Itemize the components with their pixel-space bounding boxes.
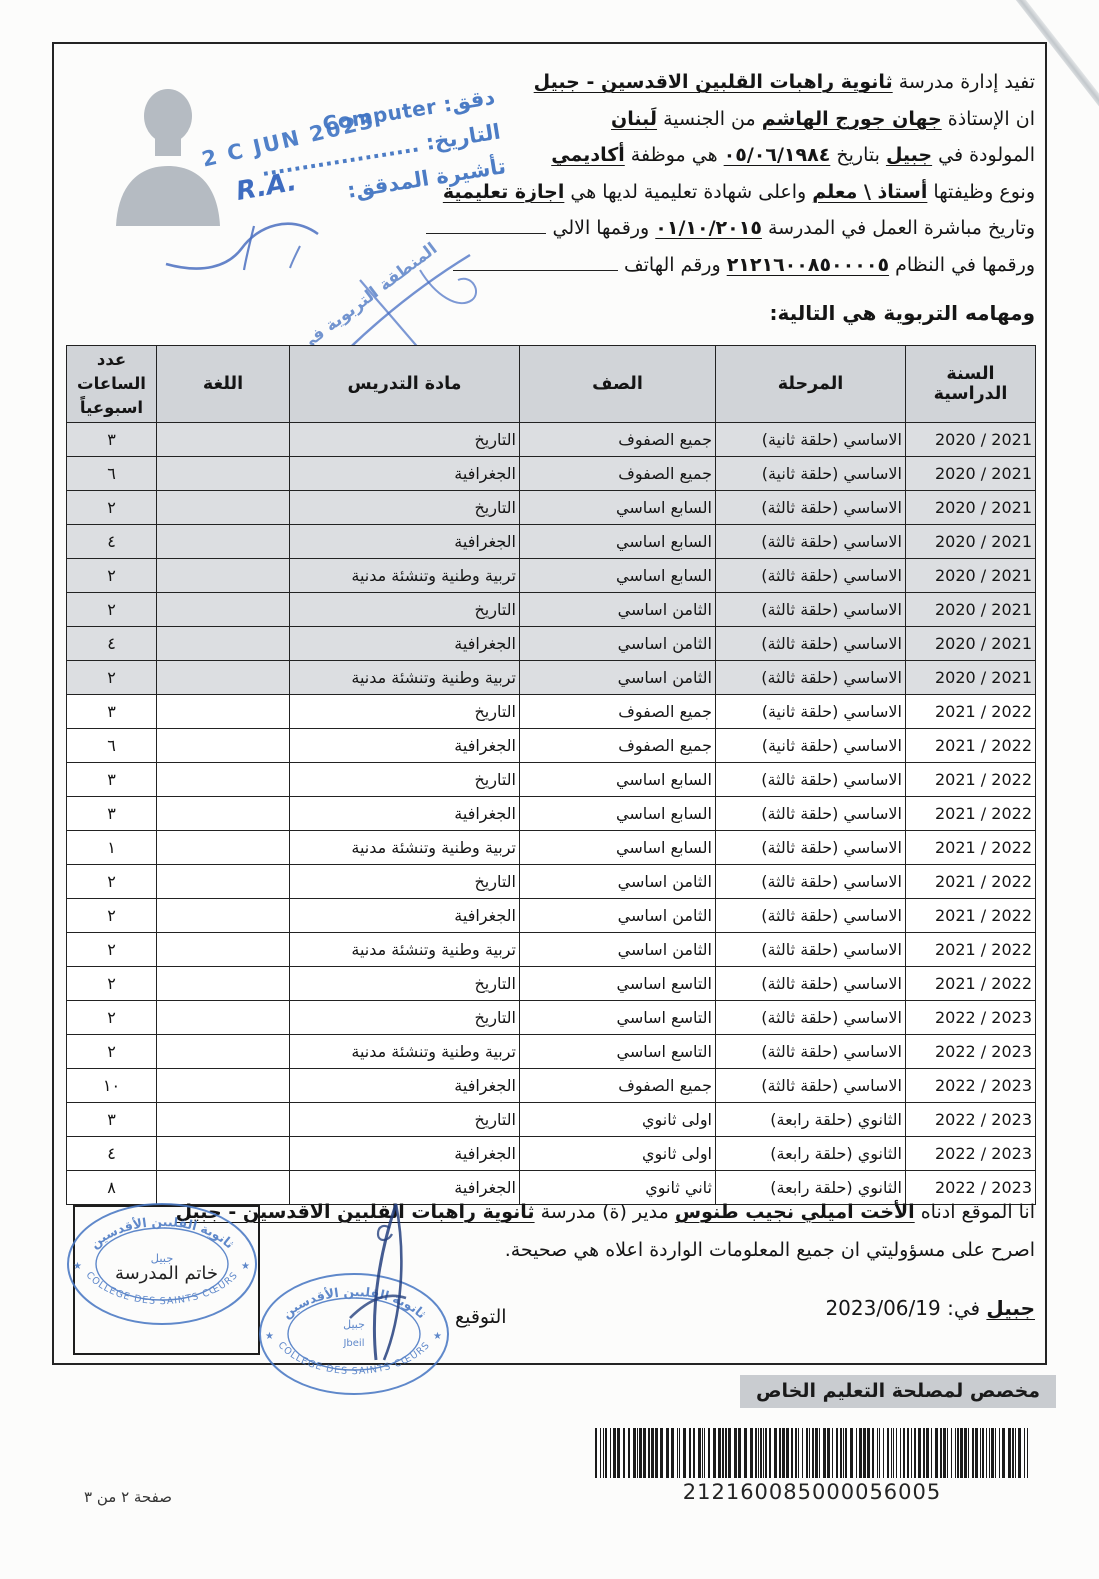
- header-hours: عدد الساعات اسبوعياً: [67, 346, 157, 423]
- cell-grade: السابع اساسي: [520, 797, 716, 831]
- cell-language: [157, 1137, 290, 1171]
- stamp-city-arabic: جبيل: [151, 1251, 174, 1265]
- cell-subject: التاريخ: [290, 491, 520, 525]
- table-row: 2020 / 2021الاساسي (حلقة ثالثة)السابع اس…: [67, 559, 1036, 593]
- cell-year: 2021 / 2022: [906, 933, 1036, 967]
- cell-grade: الثامن اساسي: [520, 627, 716, 661]
- cell-subject: الجغرافية: [290, 1137, 520, 1171]
- text-segment: أستاذ \ معلم: [812, 181, 927, 203]
- cell-grade: الثامن اساسي: [520, 899, 716, 933]
- cell-grade: التاسع اساسي: [520, 967, 716, 1001]
- cell-year: 2022 / 2023: [906, 1137, 1036, 1171]
- cell-subject: الجغرافية: [290, 457, 520, 491]
- stamp-star-right: ★: [241, 1261, 250, 1272]
- cell-subject: الجغرافية: [290, 797, 520, 831]
- mission-title: ومهامه التربوية هي التالية:: [769, 301, 1035, 325]
- cell-hours: ٢: [67, 559, 157, 593]
- header-language: اللغة: [157, 346, 290, 423]
- cell-grade: السابع اساسي: [520, 525, 716, 559]
- cell-hours: ٢: [67, 933, 157, 967]
- cell-language: [157, 661, 290, 695]
- cell-year: 2022 / 2023: [906, 1069, 1036, 1103]
- cell-hours: ٤: [67, 627, 157, 661]
- table-row: 2021 / 2022الاساسي (حلقة ثانية)جميع الصف…: [67, 695, 1036, 729]
- cell-stage: الاساسي (حلقة ثالثة): [716, 525, 906, 559]
- cell-grade: التاسع اساسي: [520, 1001, 716, 1035]
- cell-stage: الاساسي (حلقة ثالثة): [716, 933, 906, 967]
- table-row: 2020 / 2021الاساسي (حلقة ثانية)جميع الصف…: [67, 457, 1036, 491]
- cell-stage: الثانوي (حلقة رابعة): [716, 1137, 906, 1171]
- cell-hours: ١٠: [67, 1069, 157, 1103]
- cell-subject: التاريخ: [290, 423, 520, 457]
- cell-hours: ٣: [67, 423, 157, 457]
- text-segment: وتاريخ مباشرة العمل في المدرسة: [762, 217, 1035, 239]
- cell-language: [157, 593, 290, 627]
- cell-grade: جميع الصفوف: [520, 423, 716, 457]
- cell-year: 2021 / 2022: [906, 899, 1036, 933]
- cell-stage: الاساسي (حلقة ثالثة): [716, 1001, 906, 1035]
- text-line: انا الموقع ادناه الأخت اميلي نجيب طنوس م…: [176, 1193, 1035, 1231]
- cell-language: [157, 831, 290, 865]
- cell-stage: الاساسي (حلقة ثالثة): [716, 899, 906, 933]
- cell-hours: ٣: [67, 763, 157, 797]
- table-header-row: السنة الدراسية المرحلة الصف مادة التدريس…: [67, 346, 1036, 423]
- stamp-star-left: ★: [265, 1331, 274, 1342]
- text-segment: جبيل: [986, 1296, 1035, 1320]
- cell-subject: تربية وطنية وتنشئة مدنية: [290, 831, 520, 865]
- cell-hours: ٢: [67, 899, 157, 933]
- cell-language: [157, 967, 290, 1001]
- text-segment: ٠٥/٠٦/١٩٨٤: [724, 144, 831, 166]
- cell-stage: الاساسي (حلقة ثانية): [716, 695, 906, 729]
- cell-hours: ٢: [67, 593, 157, 627]
- text-segment: ورقمها الالي: [546, 217, 655, 239]
- cell-grade: الثامن اساسي: [520, 593, 716, 627]
- cell-grade: السابع اساسي: [520, 763, 716, 797]
- cell-subject: الجغرافية: [290, 1069, 520, 1103]
- reserved-bar: مخصص لمصلحة التعليم الخاص: [740, 1375, 1056, 1408]
- cell-hours: ٢: [67, 865, 157, 899]
- table-row: 2020 / 2021الاساسي (حلقة ثالثة)السابع اس…: [67, 525, 1036, 559]
- cell-year: 2022 / 2023: [906, 1001, 1036, 1035]
- table-row: 2022 / 2023الاساسي (حلقة ثالثة)جميع الصف…: [67, 1069, 1036, 1103]
- declaration-paragraph: انا الموقع ادناه الأخت اميلي نجيب طنوس م…: [176, 1193, 1035, 1269]
- text-segment: الأخت اميلي نجيب طنوس: [675, 1201, 915, 1223]
- cell-subject: تربية وطنية وتنشئة مدنية: [290, 559, 520, 593]
- cell-grade: التاسع اساسي: [520, 1035, 716, 1069]
- table-row: 2021 / 2022الاساسي (حلقة ثالثة)السابع اس…: [67, 831, 1036, 865]
- text-segment: ٠١/١٠/٢٠١٥: [655, 217, 762, 239]
- cell-stage: الاساسي (حلقة ثالثة): [716, 763, 906, 797]
- cell-subject: الجغرافية: [290, 899, 520, 933]
- cell-subject: تربية وطنية وتنشئة مدنية: [290, 1035, 520, 1069]
- cell-year: 2020 / 2021: [906, 423, 1036, 457]
- cell-year: 2021 / 2022: [906, 695, 1036, 729]
- text-line: ان الإستاذة جهان جورج الهاشم من الجنسية …: [426, 101, 1035, 138]
- cell-stage: الاساسي (حلقة ثالثة): [716, 967, 906, 1001]
- cell-year: 2022 / 2023: [906, 1103, 1036, 1137]
- cell-hours: ٦: [67, 729, 157, 763]
- place-date-line: جبيل في: 2023/06/19: [825, 1296, 1035, 1320]
- cell-year: 2021 / 2022: [906, 797, 1036, 831]
- cell-grade: السابع اساسي: [520, 491, 716, 525]
- text-segment: انا الموقع ادناه: [915, 1201, 1035, 1223]
- cell-subject: التاريخ: [290, 695, 520, 729]
- text-segment: من الجنسية: [657, 108, 762, 130]
- text-line: ونوع وظيفتها أستاذ \ معلم واعلى شهادة تع…: [426, 174, 1035, 211]
- cell-stage: الاساسي (حلقة ثالثة): [716, 1069, 906, 1103]
- text-segment: ان الإستاذة: [942, 108, 1035, 130]
- text-segment: مدير (ة) مدرسة: [535, 1201, 675, 1223]
- cell-year: 2020 / 2021: [906, 491, 1036, 525]
- scanned-document-page: { "intro": { "lines": [ [{"t":"تفيد إدار…: [0, 0, 1099, 1579]
- text-segment: ٢١٢١٦٠٠٨٥٠٠٠٠٥: [727, 254, 889, 276]
- cell-grade: جميع الصفوف: [520, 695, 716, 729]
- cell-year: 2020 / 2021: [906, 457, 1036, 491]
- cell-language: [157, 559, 290, 593]
- table-row: 2020 / 2021الاساسي (حلقة ثالثة)الثامن اس…: [67, 627, 1036, 661]
- barcode: [595, 1428, 1029, 1478]
- cell-subject: الجغرافية: [290, 729, 520, 763]
- header-stage: المرحلة: [716, 346, 906, 423]
- cell-hours: ٦: [67, 457, 157, 491]
- text-line: المولودة في جبيل بتاريخ ٠٥/٠٦/١٩٨٤ هي مو…: [426, 137, 1035, 174]
- cell-year: 2020 / 2021: [906, 627, 1036, 661]
- assignments-tbody: 2020 / 2021الاساسي (حلقة ثانية)جميع الصف…: [67, 423, 1036, 1205]
- cell-language: [157, 1035, 290, 1069]
- text-segment: بتاريخ: [830, 144, 886, 166]
- school-oval-stamp-1: ثانوية القلبين الأقدسين جبيل COLLEGE DES…: [64, 1200, 260, 1328]
- cell-stage: الاساسي (حلقة ثالثة): [716, 593, 906, 627]
- header-grade: الصف: [520, 346, 716, 423]
- cell-grade: السابع اساسي: [520, 831, 716, 865]
- text-segment: 2023/06/19: [825, 1296, 940, 1320]
- cell-stage: الاساسي (حلقة ثالثة): [716, 661, 906, 695]
- cell-grade: السابع اساسي: [520, 559, 716, 593]
- cell-language: [157, 1001, 290, 1035]
- blank-line: [453, 255, 618, 271]
- cell-hours: ١: [67, 831, 157, 865]
- text-segment: واعلى شهادة تعليمية لديها هي: [564, 181, 812, 203]
- table-row: 2021 / 2022الاساسي (حلقة ثالثة)السابع اس…: [67, 763, 1036, 797]
- table-row: 2021 / 2022الاساسي (حلقة ثالثة)الثامن اس…: [67, 933, 1036, 967]
- text-line: تفيد إدارة مدرسة ثانوية راهبات القلبين ا…: [426, 64, 1035, 101]
- cell-language: [157, 763, 290, 797]
- cell-subject: التاريخ: [290, 763, 520, 797]
- cell-grade: اولى ثانوي: [520, 1103, 716, 1137]
- cell-year: 2022 / 2023: [906, 1035, 1036, 1069]
- text-segment: ونوع وظيفتها: [927, 181, 1035, 203]
- cell-hours: ٣: [67, 695, 157, 729]
- table-row: 2020 / 2021الاساسي (حلقة ثالثة)الثامن اس…: [67, 593, 1036, 627]
- cell-hours: ٢: [67, 1001, 157, 1035]
- cell-language: [157, 899, 290, 933]
- text-line: اصرح على مسؤوليتي ان جميع المعلومات الوا…: [176, 1231, 1035, 1269]
- cell-grade: الثامن اساسي: [520, 661, 716, 695]
- text-segment: تفيد إدارة مدرسة: [893, 71, 1035, 93]
- cell-stage: الاساسي (حلقة ثالثة): [716, 1035, 906, 1069]
- cell-subject: التاريخ: [290, 967, 520, 1001]
- header-subject: مادة التدريس: [290, 346, 520, 423]
- cell-year: 2020 / 2021: [906, 525, 1036, 559]
- table-row: 2022 / 2023الثانوي (حلقة رابعة)اولى ثانو…: [67, 1137, 1036, 1171]
- cell-language: [157, 797, 290, 831]
- cell-language: [157, 423, 290, 457]
- cell-subject: الجغرافية: [290, 627, 520, 661]
- svg-text:COLLEGE DES SAINTS CŒURS: COLLEGE DES SAINTS CŒURS: [84, 1270, 241, 1307]
- cell-stage: الاساسي (حلقة ثالثة): [716, 797, 906, 831]
- table-row: 2021 / 2022الاساسي (حلقة ثانية)جميع الصف…: [67, 729, 1036, 763]
- stamp-arabic-name: ثانوية القلبين الأقدسين: [87, 1214, 237, 1252]
- cell-stage: الاساسي (حلقة ثالثة): [716, 627, 906, 661]
- text-segment: اجازة تعليمية: [443, 181, 565, 203]
- cell-hours: ٢: [67, 1035, 157, 1069]
- cell-hours: ٣: [67, 797, 157, 831]
- director-signature: [332, 1198, 442, 1368]
- cell-year: 2021 / 2022: [906, 763, 1036, 797]
- text-segment: ورقمها في النظام: [889, 254, 1035, 276]
- cell-grade: الثامن اساسي: [520, 933, 716, 967]
- table-row: 2020 / 2021الاساسي (حلقة ثانية)جميع الصف…: [67, 423, 1036, 457]
- table-row: 2022 / 2023الثانوي (حلقة رابعة)اولى ثانو…: [67, 1103, 1036, 1137]
- assignments-table: السنة الدراسية المرحلة الصف مادة التدريس…: [66, 345, 1036, 1205]
- cell-language: [157, 1103, 290, 1137]
- cell-language: [157, 491, 290, 525]
- text-segment: لَبنان: [611, 108, 657, 130]
- svg-text:ثانوية القلبين الأقدسين: ثانوية القلبين الأقدسين: [87, 1214, 237, 1252]
- text-segment: ثانوية راهبات القلبين الاقدسين - جبيل: [534, 71, 893, 93]
- page-number: صفحة ٢ من ٣: [84, 1488, 172, 1506]
- cell-hours: ٤: [67, 1137, 157, 1171]
- cell-language: [157, 729, 290, 763]
- cell-year: 2020 / 2021: [906, 593, 1036, 627]
- text-segment: ورقم الهاتف: [618, 254, 727, 276]
- cell-language: [157, 627, 290, 661]
- text-segment: اصرح على مسؤوليتي ان جميع المعلومات الوا…: [505, 1239, 1035, 1261]
- table-row: 2022 / 2023الاساسي (حلقة ثالثة)التاسع اس…: [67, 1035, 1036, 1069]
- table-row: 2020 / 2021الاساسي (حلقة ثالثة)الثامن اس…: [67, 661, 1036, 695]
- cell-stage: الاساسي (حلقة ثالثة): [716, 559, 906, 593]
- blank-line: [426, 218, 546, 234]
- cell-stage: الاساسي (حلقة ثالثة): [716, 491, 906, 525]
- table-row: 2022 / 2023الاساسي (حلقة ثالثة)التاسع اس…: [67, 1001, 1036, 1035]
- table-row: 2021 / 2022الاساسي (حلقة ثالثة)الثامن اس…: [67, 865, 1036, 899]
- stamp-latin-name: COLLEGE DES SAINTS CŒURS: [84, 1270, 241, 1307]
- header-year: السنة الدراسية: [906, 346, 1036, 423]
- cell-hours: ٣: [67, 1103, 157, 1137]
- cell-language: [157, 525, 290, 559]
- cell-language: [157, 933, 290, 967]
- cell-subject: تربية وطنية وتنشئة مدنية: [290, 661, 520, 695]
- cell-subject: الجغرافية: [290, 525, 520, 559]
- cell-grade: جميع الصفوف: [520, 729, 716, 763]
- text-segment: جهان جورج الهاشم: [762, 108, 942, 130]
- barcode-number: 212160085000056005: [595, 1480, 1029, 1504]
- text-line: وتاريخ مباشرة العمل في المدرسة ٠١/١٠/٢٠١…: [426, 210, 1035, 247]
- cell-grade: الثامن اساسي: [520, 865, 716, 899]
- cell-stage: الاساسي (حلقة ثالثة): [716, 865, 906, 899]
- cell-language: [157, 865, 290, 899]
- intro-paragraph: تفيد إدارة مدرسة ثانوية راهبات القلبين ا…: [426, 64, 1035, 284]
- cell-year: 2020 / 2021: [906, 661, 1036, 695]
- cell-language: [157, 1069, 290, 1103]
- signature-label: التوقيع: [455, 1306, 507, 1328]
- cell-stage: الاساسي (حلقة ثانية): [716, 457, 906, 491]
- cell-subject: التاريخ: [290, 865, 520, 899]
- cell-hours: ٤: [67, 525, 157, 559]
- cell-subject: التاريخ: [290, 1103, 520, 1137]
- text-segment: هي موظفة: [625, 144, 724, 166]
- text-segment: جبيل: [886, 144, 932, 166]
- cell-year: 2021 / 2022: [906, 967, 1036, 1001]
- barcode-gap: [1028, 1428, 1029, 1478]
- cell-stage: الاساسي (حلقة ثالثة): [716, 831, 906, 865]
- cell-hours: ٢: [67, 967, 157, 1001]
- table-row: 2020 / 2021الاساسي (حلقة ثالثة)السابع اس…: [67, 491, 1036, 525]
- cell-hours: ٢: [67, 661, 157, 695]
- cell-year: 2021 / 2022: [906, 729, 1036, 763]
- cell-subject: التاريخ: [290, 593, 520, 627]
- text-segment: أكاديمي: [551, 144, 625, 166]
- cell-year: 2020 / 2021: [906, 559, 1036, 593]
- cell-stage: الاساسي (حلقة ثانية): [716, 423, 906, 457]
- text-line: ورقمها في النظام ٢١٢١٦٠٠٨٥٠٠٠٠٥ ورقم اله…: [426, 247, 1035, 284]
- stamp-star-left: ★: [73, 1261, 82, 1272]
- cell-stage: الاساسي (حلقة ثانية): [716, 729, 906, 763]
- cell-subject: تربية وطنية وتنشئة مدنية: [290, 933, 520, 967]
- cell-stage: الثانوي (حلقة رابعة): [716, 1103, 906, 1137]
- cell-subject: التاريخ: [290, 1001, 520, 1035]
- text-segment: المولودة في: [932, 144, 1035, 166]
- cell-grade: اولى ثانوي: [520, 1137, 716, 1171]
- cell-hours: ٢: [67, 491, 157, 525]
- cell-grade: جميع الصفوف: [520, 1069, 716, 1103]
- cell-language: [157, 457, 290, 491]
- table-row: 2021 / 2022الاساسي (حلقة ثالثة)التاسع اس…: [67, 967, 1036, 1001]
- cell-grade: جميع الصفوف: [520, 457, 716, 491]
- cell-year: 2021 / 2022: [906, 831, 1036, 865]
- cell-language: [157, 695, 290, 729]
- text-segment: في:: [941, 1296, 987, 1320]
- table-row: 2021 / 2022الاساسي (حلقة ثالثة)الثامن اس…: [67, 899, 1036, 933]
- table-row: 2021 / 2022الاساسي (حلقة ثالثة)السابع اس…: [67, 797, 1036, 831]
- cell-year: 2021 / 2022: [906, 865, 1036, 899]
